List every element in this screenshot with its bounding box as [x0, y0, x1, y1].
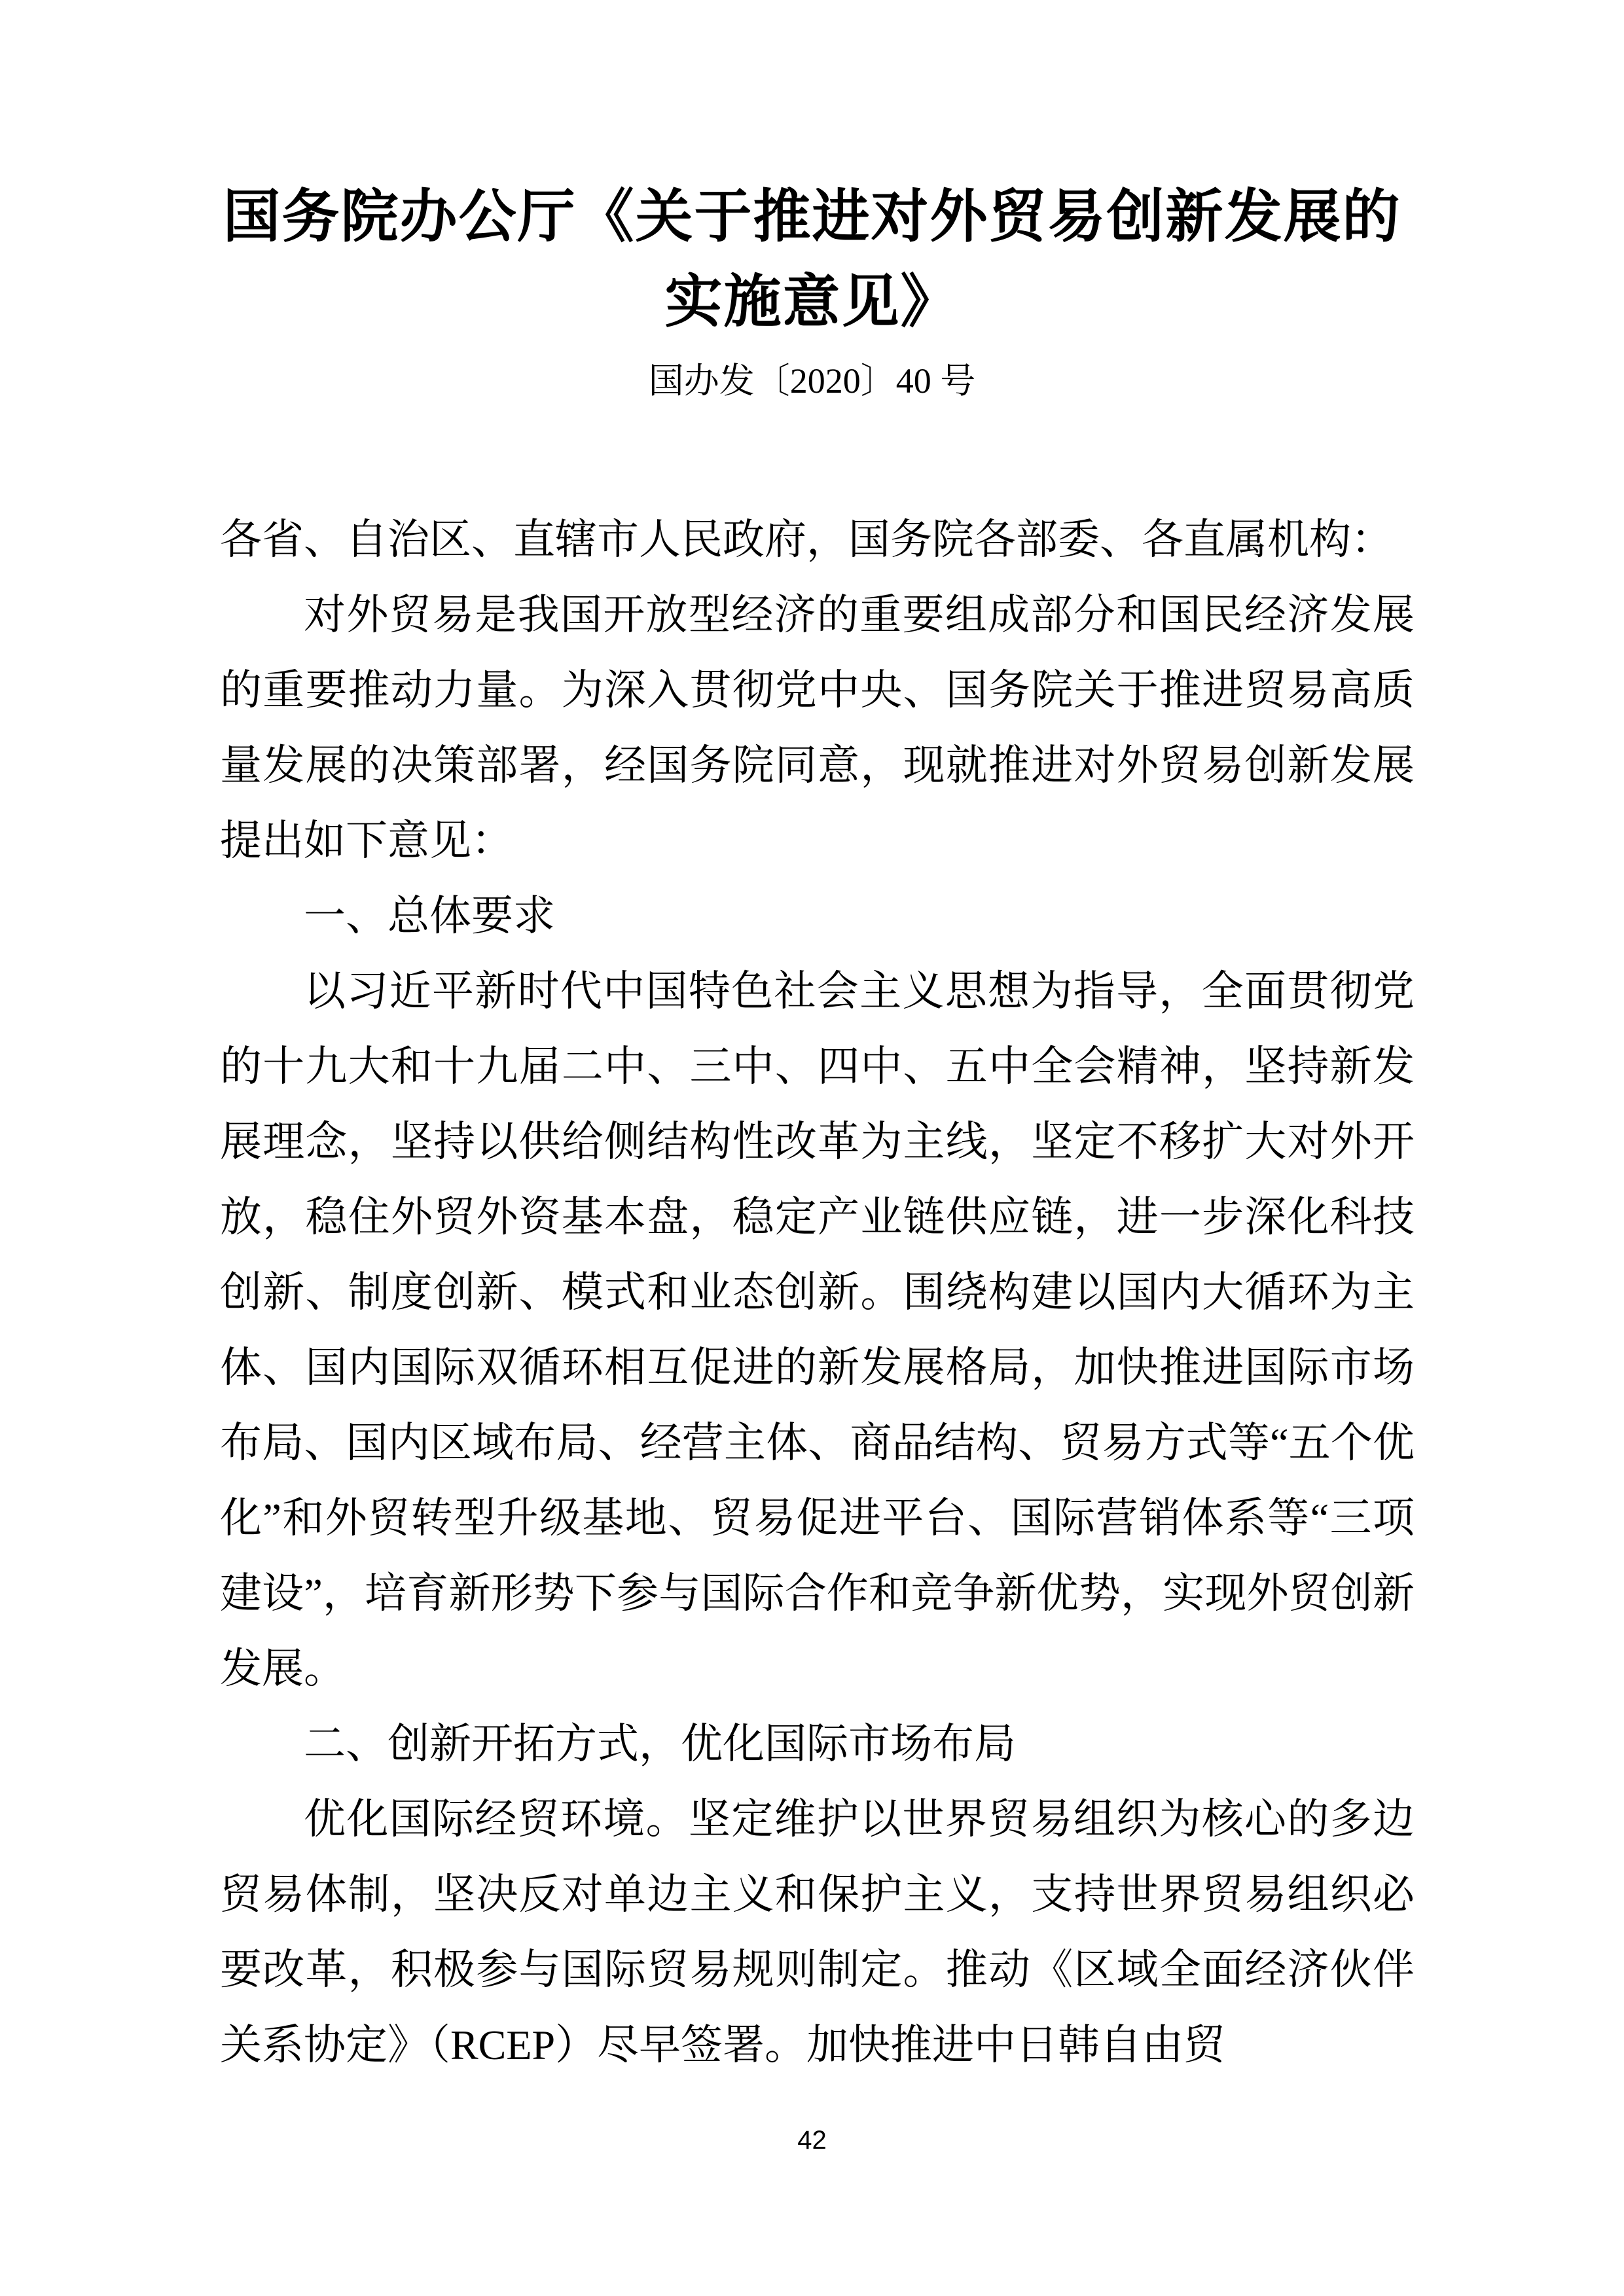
document-body: 各省、自治区、直辖市人民政府，国务院各部委、各直属机构： 对外贸易是我国开放型经…: [0, 502, 1624, 2083]
document-title: 国务院办公厅《关于推进对外贸易创新发展的实施意见》: [220, 0, 1405, 346]
paragraph-section-1: 以习近平新时代中国特色社会主义思想为指导，全面贯彻党的十九大和十九届二中、三中、…: [220, 954, 1415, 1706]
page-number: 42: [0, 2126, 1624, 2155]
section-heading-2: 二、创新开拓方式，优化国际市场布局: [220, 1706, 1415, 1782]
document-page: 国务院办公厅《关于推进对外贸易创新发展的实施意见》 国办发〔2020〕40 号 …: [0, 0, 1624, 2296]
salutation-line: 各省、自治区、直辖市人民政府，国务院各部委、各直属机构：: [220, 502, 1415, 577]
section-heading-1: 一、总体要求: [220, 878, 1415, 954]
document-number: 国办发〔2020〕40 号: [0, 355, 1624, 407]
paragraph-intro: 对外贸易是我国开放型经济的重要组成部分和国民经济发展的重要推动力量。为深入贯彻党…: [220, 577, 1415, 878]
paragraph-section-2: 优化国际经贸环境。坚定维护以世界贸易组织为核心的多边贸易体制，坚决反对单边主义和…: [220, 1782, 1415, 2083]
